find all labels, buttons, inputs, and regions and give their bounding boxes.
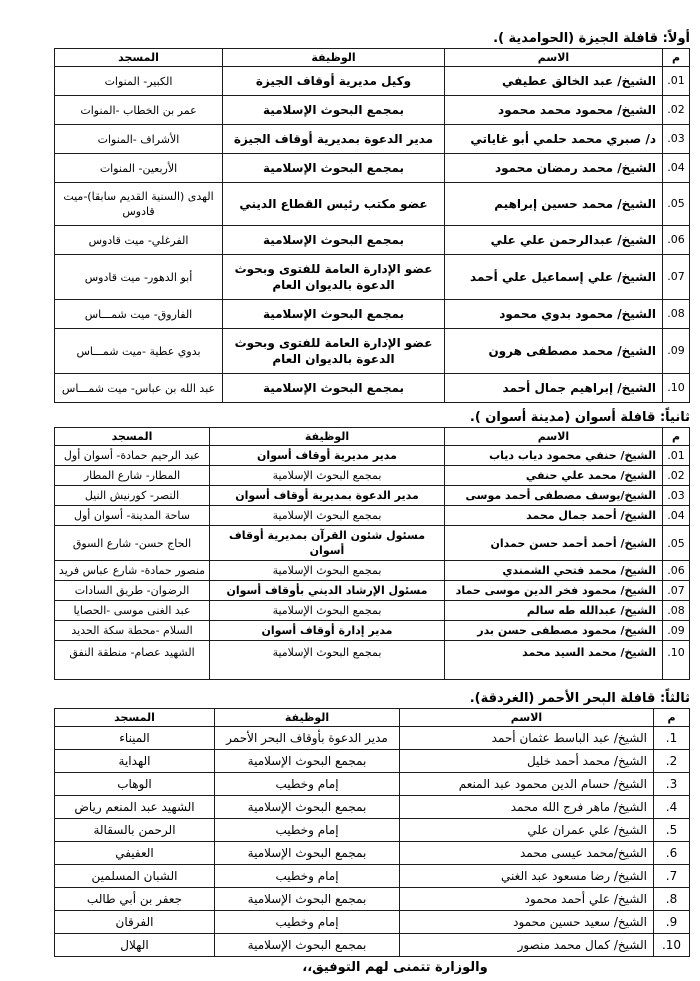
cell-name: الشيخ/ رضا مسعود عبد الغني [400,865,654,888]
cell-job: عضو الإدارة العامة للفتوى وبحوث الدعوة ب… [223,329,445,374]
table-row: 1.الشيخ/ عبد الباسط عثمان أحمدمدير الدعو… [55,727,690,750]
cell-number: 03. [663,125,690,154]
cell-number: 09. [663,329,690,374]
table-row: 09.الشيخ/ محمود مصطفى حسن بدرمدير إدارة … [55,621,690,641]
cell-mosque: الفرقان [55,911,215,934]
table-row: 04.الشيخ/ أحمد جمال محمدبمجمع البحوث الإ… [55,506,690,526]
cell-mosque: عمر بن الخطاب -المنوات [55,96,223,125]
cell-mosque: أبو الدهور- ميت قادوس [55,255,223,300]
table-row: 2.الشيخ/ محمد أحمد خليلبمجمع البحوث الإس… [55,750,690,773]
cell-number: 01. [663,67,690,96]
cell-mosque: الحاج حسن- شارع السوق [55,526,210,561]
cell-name: الشيخ/ عبد الباسط عثمان أحمد [400,727,654,750]
cell-number: 9. [654,911,690,934]
column-header-job: الوظيفة [223,49,445,67]
cell-number: 4. [654,796,690,819]
cell-number: 06. [663,561,690,581]
table-row: 01.الشيخ/ عبد الخالق عطيفيوكيل مديرية أو… [55,67,690,96]
cell-name: الشيخ/ محمد حسين إبراهيم [445,183,663,226]
cell-mosque: الرضوان- طريق السادات [55,581,210,601]
cell-number: 8. [654,888,690,911]
cell-number: 10. [663,374,690,403]
cell-number: 07. [663,255,690,300]
column-header-number: م [663,428,690,446]
cell-mosque: منصور حمادة- شارع عباس فريد [55,561,210,581]
table-row: 03.الشيخ/يوسف مصطفى أحمد موسىمدير الدعوة… [55,486,690,506]
table-row: 01.الشيخ/ حنفي محمود دياب ديابمدير مديري… [55,446,690,466]
cell-mosque: عبد الله بن عباس- ميت شمـــاس [55,374,223,403]
cell-number: 5. [654,819,690,842]
cell-mosque: الشهيد عبد المنعم رياض [55,796,215,819]
cell-mosque: الهدى (السنية القديم سابقا)-ميت قادوس [55,183,223,226]
cell-name: الشيخ/ محمد علي حنفي [445,466,663,486]
table-row: 09.الشيخ/ محمد مصطفى هرونعضو الإدارة الع… [55,329,690,374]
closing-note: والوزارة تتمنى لهم التوفيق،، [55,960,690,975]
table-row: 06.الشيخ/ محمد فتحي الشمنديبمجمع البحوث … [55,561,690,581]
cell-job: بمجمع البحوث الإسلامية [215,842,400,865]
cell-job: بمجمع البحوث الإسلامية [223,374,445,403]
cell-mosque: الميناء [55,727,215,750]
table-row: 02.الشيخ/ محمد علي حنفيبمجمع البحوث الإس… [55,466,690,486]
cell-job: بمجمع البحوث الإسلامية [210,561,445,581]
cell-name: الشيخ/ محمد مصطفى هرون [445,329,663,374]
table-row: 10.الشيخ/ محمد السيد محمدبمجمع البحوث ال… [55,641,690,680]
cell-name: الشيخ/ كمال محمد منصور [400,934,654,957]
column-header-name: الاسم [445,49,663,67]
cell-number: 7. [654,865,690,888]
table-row: 06.الشيخ/ عبدالرحمن علي عليبمجمع البحوث … [55,226,690,255]
cell-job: إمام وخطيب [215,865,400,888]
cell-name: الشيخ/ محمد السيد محمد [445,641,663,680]
cell-number: 08. [663,300,690,329]
cell-job: بمجمع البحوث الإسلامية [223,96,445,125]
cell-number: 10. [654,934,690,957]
cell-number: 2. [654,750,690,773]
cell-name: الشيخ/ محمود بدوي محمود [445,300,663,329]
cell-job: بمجمع البحوث الإسلامية [223,154,445,183]
cell-number: 10. [663,641,690,680]
table-row: 04.الشيخ/ محمد رمضان محمودبمجمع البحوث ا… [55,154,690,183]
cell-job: إمام وخطيب [215,819,400,842]
cell-name: الشيخ/ حسام الدين محمود عبد المنعم [400,773,654,796]
table-row: 3.الشيخ/ حسام الدين محمود عبد المنعمإمام… [55,773,690,796]
cell-mosque: العفيفي [55,842,215,865]
cell-mosque: عبد الرحيم حمادة- أسوان أول [55,446,210,466]
cell-number: 07. [663,581,690,601]
table-row: 03.د/ صبري محمد حلمي أبو غاياتيمدير الدع… [55,125,690,154]
column-header-job: الوظيفة [210,428,445,446]
cell-name: الشيخ/ محمد أحمد خليل [400,750,654,773]
document-page: أولاً: قافلة الجيزة (الحوامدية ). م الاس… [0,0,700,981]
table-row: 6.الشيخ/محمد عيسى محمدبمجمع البحوث الإسل… [55,842,690,865]
cell-job: عضو مكتب رئيس القطاع الديني [223,183,445,226]
roster-table-aswan: م الاسم الوظيفة المسجد 01.الشيخ/ حنفي مح… [54,427,690,680]
cell-number: 09. [663,621,690,641]
column-header-name: الاسم [400,709,654,727]
column-header-name: الاسم [445,428,663,446]
table-row: 9.الشيخ/ سعيد حسين محمودإمام وخطيبالفرقا… [55,911,690,934]
section-giza-caravan: أولاً: قافلة الجيزة (الحوامدية ). م الاس… [55,30,690,403]
roster-table-redsea: م الاسم الوظيفة المسجد 1.الشيخ/ عبد البا… [54,708,690,957]
table-row: 02.الشيخ/ محمود محمد محمودبمجمع البحوث ا… [55,96,690,125]
cell-job: بمجمع البحوث الإسلامية [215,934,400,957]
cell-name: الشيخ/ علي أحمد محمود [400,888,654,911]
cell-name: الشيخ/ محمد رمضان محمود [445,154,663,183]
cell-name: الشيخ/ حنفي محمود دياب دياب [445,446,663,466]
cell-mosque: الفاروق- ميت شمـــاس [55,300,223,329]
cell-job: بمجمع البحوث الإسلامية [210,601,445,621]
cell-name: الشيخ/ ماهر فرج الله محمد [400,796,654,819]
cell-number: 06. [663,226,690,255]
cell-name: الشيخ/ محمود مصطفى حسن بدر [445,621,663,641]
cell-name: الشيخ/ سعيد حسين محمود [400,911,654,934]
cell-job: مسئول شئون القرآن بمديرية أوقاف أسوان [210,526,445,561]
cell-number: 1. [654,727,690,750]
cell-job: إمام وخطيب [215,911,400,934]
section-redsea-caravan: ثالثاً: قافلة البحر الأحمر (الغردقة). م … [55,690,690,957]
table-row: 07.الشيخ/ علي إسماعيل علي أحمدعضو الإدار… [55,255,690,300]
cell-job: بمجمع البحوث الإسلامية [215,888,400,911]
cell-job: مدير إدارة أوقاف أسوان [210,621,445,641]
section-aswan-caravan: ثانياً: قافلة أسوان (مدينة أسوان ). م ال… [55,409,690,680]
section-title: ثانياً: قافلة أسوان (مدينة أسوان ). [55,409,690,426]
cell-name: الشيخ/ أحمد أحمد حسن حمدان [445,526,663,561]
cell-number: 08. [663,601,690,621]
cell-mosque: ساحة المدينة- أسوان أول [55,506,210,526]
cell-mosque: السلام -محطة سكة الحديد [55,621,210,641]
column-header-job: الوظيفة [215,709,400,727]
cell-number: 02. [663,466,690,486]
table-row: 4.الشيخ/ ماهر فرج الله محمدبمجمع البحوث … [55,796,690,819]
cell-job: مدير الدعوة بمديرية أوقاف الجيزة [223,125,445,154]
table-row: 8.الشيخ/ علي أحمد محمودبمجمع البحوث الإس… [55,888,690,911]
cell-job: عضو الإدارة العامة للفتوى وبحوث الدعوة ب… [223,255,445,300]
cell-name: د/ صبري محمد حلمي أبو غاياتي [445,125,663,154]
cell-mosque: الشهيد عصام- منطقة النفق [55,641,210,680]
cell-number: 04. [663,154,690,183]
cell-mosque: المطار- شارع المطار [55,466,210,486]
column-header-mosque: المسجد [55,709,215,727]
cell-name: الشيخ/ محمد فتحي الشمندي [445,561,663,581]
cell-mosque: الشبان المسلمين [55,865,215,888]
section-title: أولاً: قافلة الجيزة (الحوامدية ). [55,30,690,47]
cell-name: الشيخ/ محمود فخر الدين موسى حماد [445,581,663,601]
cell-job: مدير الدعوة بأوقاف البحر الأحمر [215,727,400,750]
table-row: 05.الشيخ/ محمد حسين إبراهيمعضو مكتب رئيس… [55,183,690,226]
cell-job: بمجمع البحوث الإسلامية [215,750,400,773]
table-row: 08.الشيخ/ محمود بدوي محمودبمجمع البحوث ا… [55,300,690,329]
cell-job: بمجمع البحوث الإسلامية [215,796,400,819]
table-row: 10.الشيخ/ كمال محمد منصوربمجمع البحوث ال… [55,934,690,957]
cell-job: بمجمع البحوث الإسلامية [210,466,445,486]
cell-name: الشيخ/ عبد الخالق عطيفي [445,67,663,96]
header-row: م الاسم الوظيفة المسجد [55,49,690,67]
cell-mosque: الفرغلي- ميت قادوس [55,226,223,255]
cell-name: الشيخ/ محمود محمد محمود [445,96,663,125]
roster-table-giza: م الاسم الوظيفة المسجد 01.الشيخ/ عبد الخ… [54,48,690,403]
cell-job: بمجمع البحوث الإسلامية [210,506,445,526]
cell-name: الشيخ/ عبدالله طه سالم [445,601,663,621]
table-row: 07.الشيخ/ محمود فخر الدين موسى حمادمسئول… [55,581,690,601]
header-row: م الاسم الوظيفة المسجد [55,428,690,446]
cell-mosque: بدوي عطية -ميت شمـــاس [55,329,223,374]
cell-number: 05. [663,526,690,561]
cell-job: مدير مديرية أوقاف أسوان [210,446,445,466]
section-title: ثالثاً: قافلة البحر الأحمر (الغردقة). [55,690,690,707]
column-header-mosque: المسجد [55,49,223,67]
cell-number: 05. [663,183,690,226]
cell-job: بمجمع البحوث الإسلامية [223,300,445,329]
cell-mosque: الرحمن بالسقالة [55,819,215,842]
cell-job: مدير الدعوة بمديرية أوقاف أسوان [210,486,445,506]
cell-name: الشيخ/ إبراهيم جمال أحمد [445,374,663,403]
cell-mosque: الوهاب [55,773,215,796]
table-row: 08.الشيخ/ عبدالله طه سالمبمجمع البحوث ال… [55,601,690,621]
cell-mosque: الأشراف -المنوات [55,125,223,154]
cell-name: الشيخ/ علي عمران علي [400,819,654,842]
cell-name: الشيخ/ أحمد جمال محمد [445,506,663,526]
cell-mosque: جعفر بن أبي طالب [55,888,215,911]
table-row: 10.الشيخ/ إبراهيم جمال أحمدبمجمع البحوث … [55,374,690,403]
cell-number: 04. [663,506,690,526]
column-header-number: م [654,709,690,727]
cell-name: الشيخ/ علي إسماعيل علي أحمد [445,255,663,300]
table-row: 5.الشيخ/ علي عمران عليإمام وخطيبالرحمن ب… [55,819,690,842]
cell-name: الشيخ/محمد عيسى محمد [400,842,654,865]
cell-number: 3. [654,773,690,796]
cell-number: 6. [654,842,690,865]
cell-mosque: الهداية [55,750,215,773]
cell-mosque: عبد الغنى موسى -الحصايا [55,601,210,621]
cell-number: 03. [663,486,690,506]
table-row: 05.الشيخ/ أحمد أحمد حسن حمدانمسئول شئون … [55,526,690,561]
cell-number: 01. [663,446,690,466]
table-row: 7.الشيخ/ رضا مسعود عبد الغنيإمام وخطيبال… [55,865,690,888]
cell-job: وكيل مديرية أوقاف الجيزة [223,67,445,96]
cell-job: بمجمع البحوث الإسلامية [223,226,445,255]
cell-job: إمام وخطيب [215,773,400,796]
cell-name: الشيخ/يوسف مصطفى أحمد موسى [445,486,663,506]
cell-mosque: النصر- كورنيش النيل [55,486,210,506]
column-header-number: م [663,49,690,67]
cell-number: 02. [663,96,690,125]
header-row: م الاسم الوظيفة المسجد [55,709,690,727]
cell-mosque: الأربعين- المنوات [55,154,223,183]
cell-mosque: الهلال [55,934,215,957]
cell-job: بمجمع البحوث الإسلامية [210,641,445,680]
column-header-mosque: المسجد [55,428,210,446]
cell-mosque: الكبير- المنوات [55,67,223,96]
cell-job: مسئول الإرشاد الديني بأوقاف أسوان [210,581,445,601]
cell-name: الشيخ/ عبدالرحمن علي علي [445,226,663,255]
